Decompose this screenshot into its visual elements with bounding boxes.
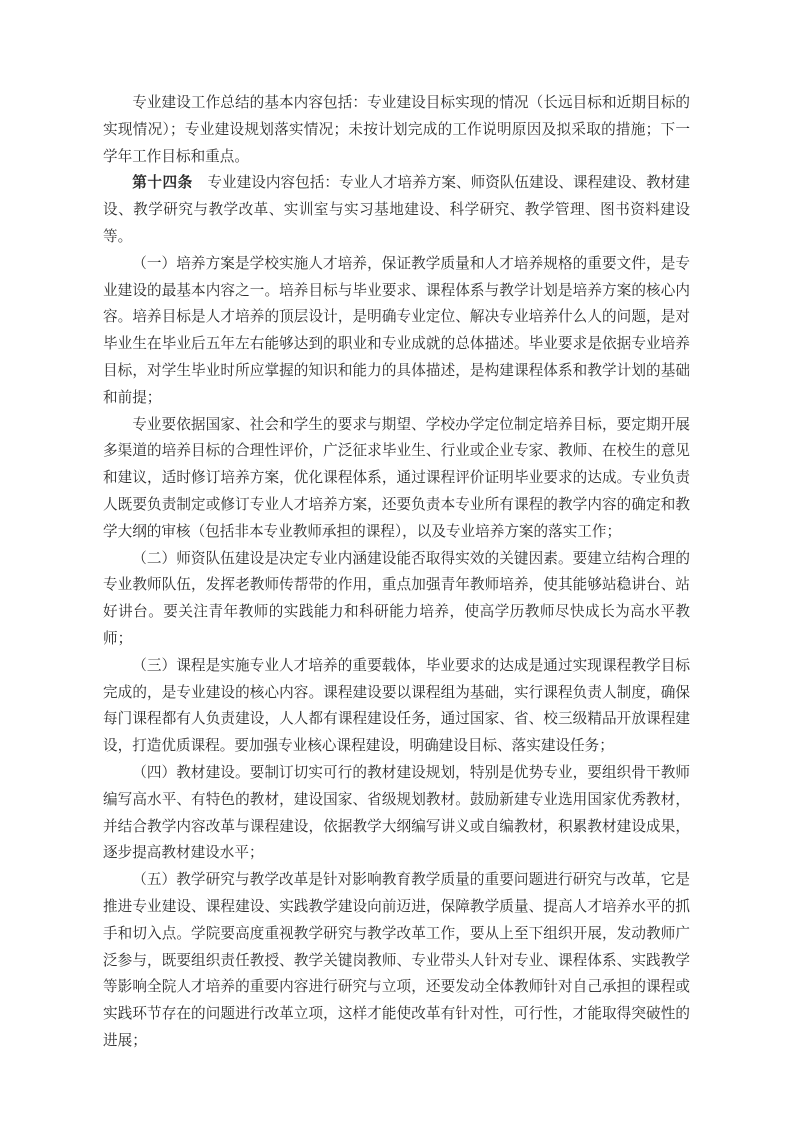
paragraph-item-2-faculty: （二）师资队伍建设是决定专业内涵建设能否取得实效的关键因素。要建立结构合理的专业… [103, 546, 690, 653]
article-number: 第十四条 [132, 175, 193, 191]
document-page: 专业建设工作总结的基本内容包括：专业建设目标实现的情况（长远目标和近期目标的实现… [0, 0, 794, 1123]
paragraph-summary-content: 专业建设工作总结的基本内容包括：专业建设目标实现的情况（长远目标和近期目标的实现… [103, 90, 690, 170]
paragraph-item-4-textbooks: （四）教材建设。要制订切实可行的教材建设规划，特别是优势专业，要组织骨干教师编写… [103, 760, 690, 867]
paragraph-item-3-courses: （三）课程是实施专业人才培养的重要载体，毕业要求的达成是通过实现课程教学目标完成… [103, 653, 690, 760]
paragraph-item-5-teaching-reform: （五）教学研究与教学改革是针对影响教育教学质量的重要问题进行研究与改革，它是推进… [103, 867, 690, 1055]
paragraph-article-14: 第十四条 专业建设内容包括：专业人才培养方案、师资队伍建设、课程建设、教材建设、… [103, 170, 690, 250]
document-text-block: 专业建设工作总结的基本内容包括：专业建设目标实现的情况（长远目标和近期目标的实现… [103, 90, 690, 1055]
paragraph-item-1-training-plan: （一）培养方案是学校实施人才培养，保证教学质量和人才培养规格的重要文件，是专业建… [103, 251, 690, 412]
paragraph-training-goal-detail: 专业要依据国家、社会和学生的要求与期望、学校办学定位制定培养目标，要定期开展多渠… [103, 412, 690, 546]
